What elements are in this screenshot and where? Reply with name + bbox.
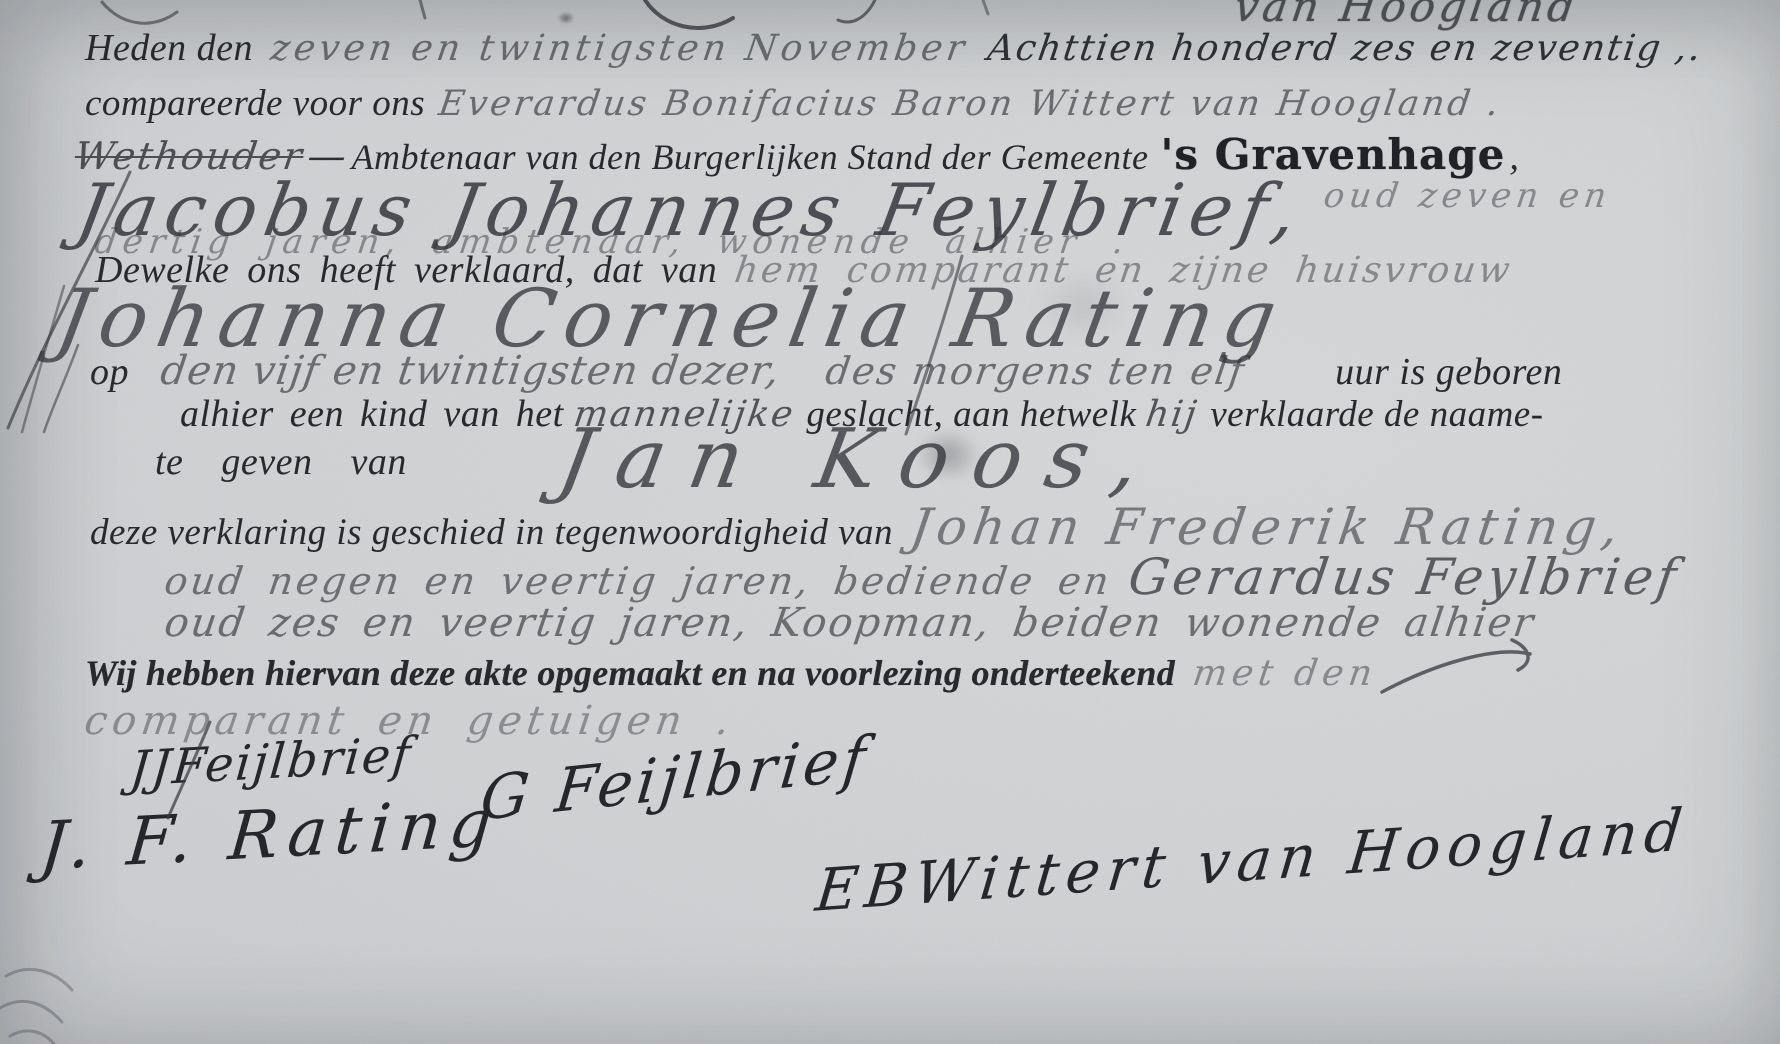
entry-closing-tail: met den (1190, 653, 1380, 694)
top-edge-stroke (983, 0, 988, 14)
signature-registrar: EBWittert van Hoogland (812, 795, 1692, 925)
act-line-date: Heden den zeven en twintigsten November … (85, 26, 1702, 70)
signature-registrar-text: EBWittert van Hoogland (812, 795, 1692, 925)
entry-father-age-start: oud zeven en (1321, 176, 1614, 216)
corner-fragment (0, 1001, 62, 1022)
top-edge-stroke (838, 0, 875, 22)
form-text-uur-geboren: uur is geboren (1335, 351, 1562, 393)
act-line-witness2-details: oud zes en veertig jaren, Koopman, beide… (165, 600, 1535, 646)
entry-date: zeven en twintigsten November (268, 28, 971, 69)
ink-smudge (558, 12, 574, 24)
entry-witness1-details: oud negen en veertig jaren, bediende en (162, 559, 1115, 603)
top-edge-stroke (645, 0, 733, 28)
act-line-witness1-details: oud negen en veertig jaren, bediende en … (165, 548, 1680, 606)
signature-witness1: J. F. Rating (37, 784, 503, 886)
form-text-closing: Wij hebben hiervan deze akte opgemaakt e… (85, 653, 1175, 693)
entry-birth-hour: des morgens ten elf (823, 349, 1249, 393)
act-line-birth-time: op den vijf en twintigsten dezer, des mo… (90, 348, 1562, 394)
corner-fragment (10, 1031, 54, 1044)
entry-witness2-name: Gerardus Feylbrief (1125, 548, 1684, 606)
form-text-heden-den: Heden den (85, 27, 253, 69)
act-line-child-name-entry: Jan Koos, (560, 412, 1163, 507)
entry-year: Achttien honderd zes en zeventig ,. (985, 28, 1705, 69)
top-edge-stroke (420, 0, 425, 18)
form-text-verklaarde: verklaarde de naame- (1210, 394, 1543, 435)
form-text-op: op (90, 351, 129, 393)
form-text-te-geven-van: te geven van (155, 441, 407, 483)
entry-registrar-name: Everardus Bonifacius Baron Wittert van H… (436, 84, 1504, 124)
pen-flourish (1382, 640, 1530, 692)
top-edge-stroke (102, 2, 177, 23)
act-line-registrar: compareerde voor ons Everardus Bonifaciu… (85, 82, 1501, 125)
signature-witness1-text: J. F. Rating (37, 784, 503, 886)
entry-child-name: Jan Koos, (552, 412, 1171, 507)
form-text-alhier-kind: alhier een kind van het (180, 393, 564, 435)
form-text-compareerde: compareerde voor ons (85, 83, 425, 124)
entry-birth-day: den vijf en twintigsten dezer, (158, 348, 783, 394)
birth-record-scan: van Hoogland Heden den zeven en twintigs… (0, 0, 1780, 1044)
entry-witness2-details: oud zes en veertig jaren, Koopman, beide… (162, 600, 1538, 646)
act-line-child-name: te geven van (155, 440, 407, 484)
corner-fragment (6, 969, 72, 990)
act-line-closing: Wij hebben hiervan deze akte opgemaakt e… (85, 652, 1377, 694)
form-text-tegenwoordigheid: deze verklaring is geschied in tegenwoor… (90, 512, 893, 553)
